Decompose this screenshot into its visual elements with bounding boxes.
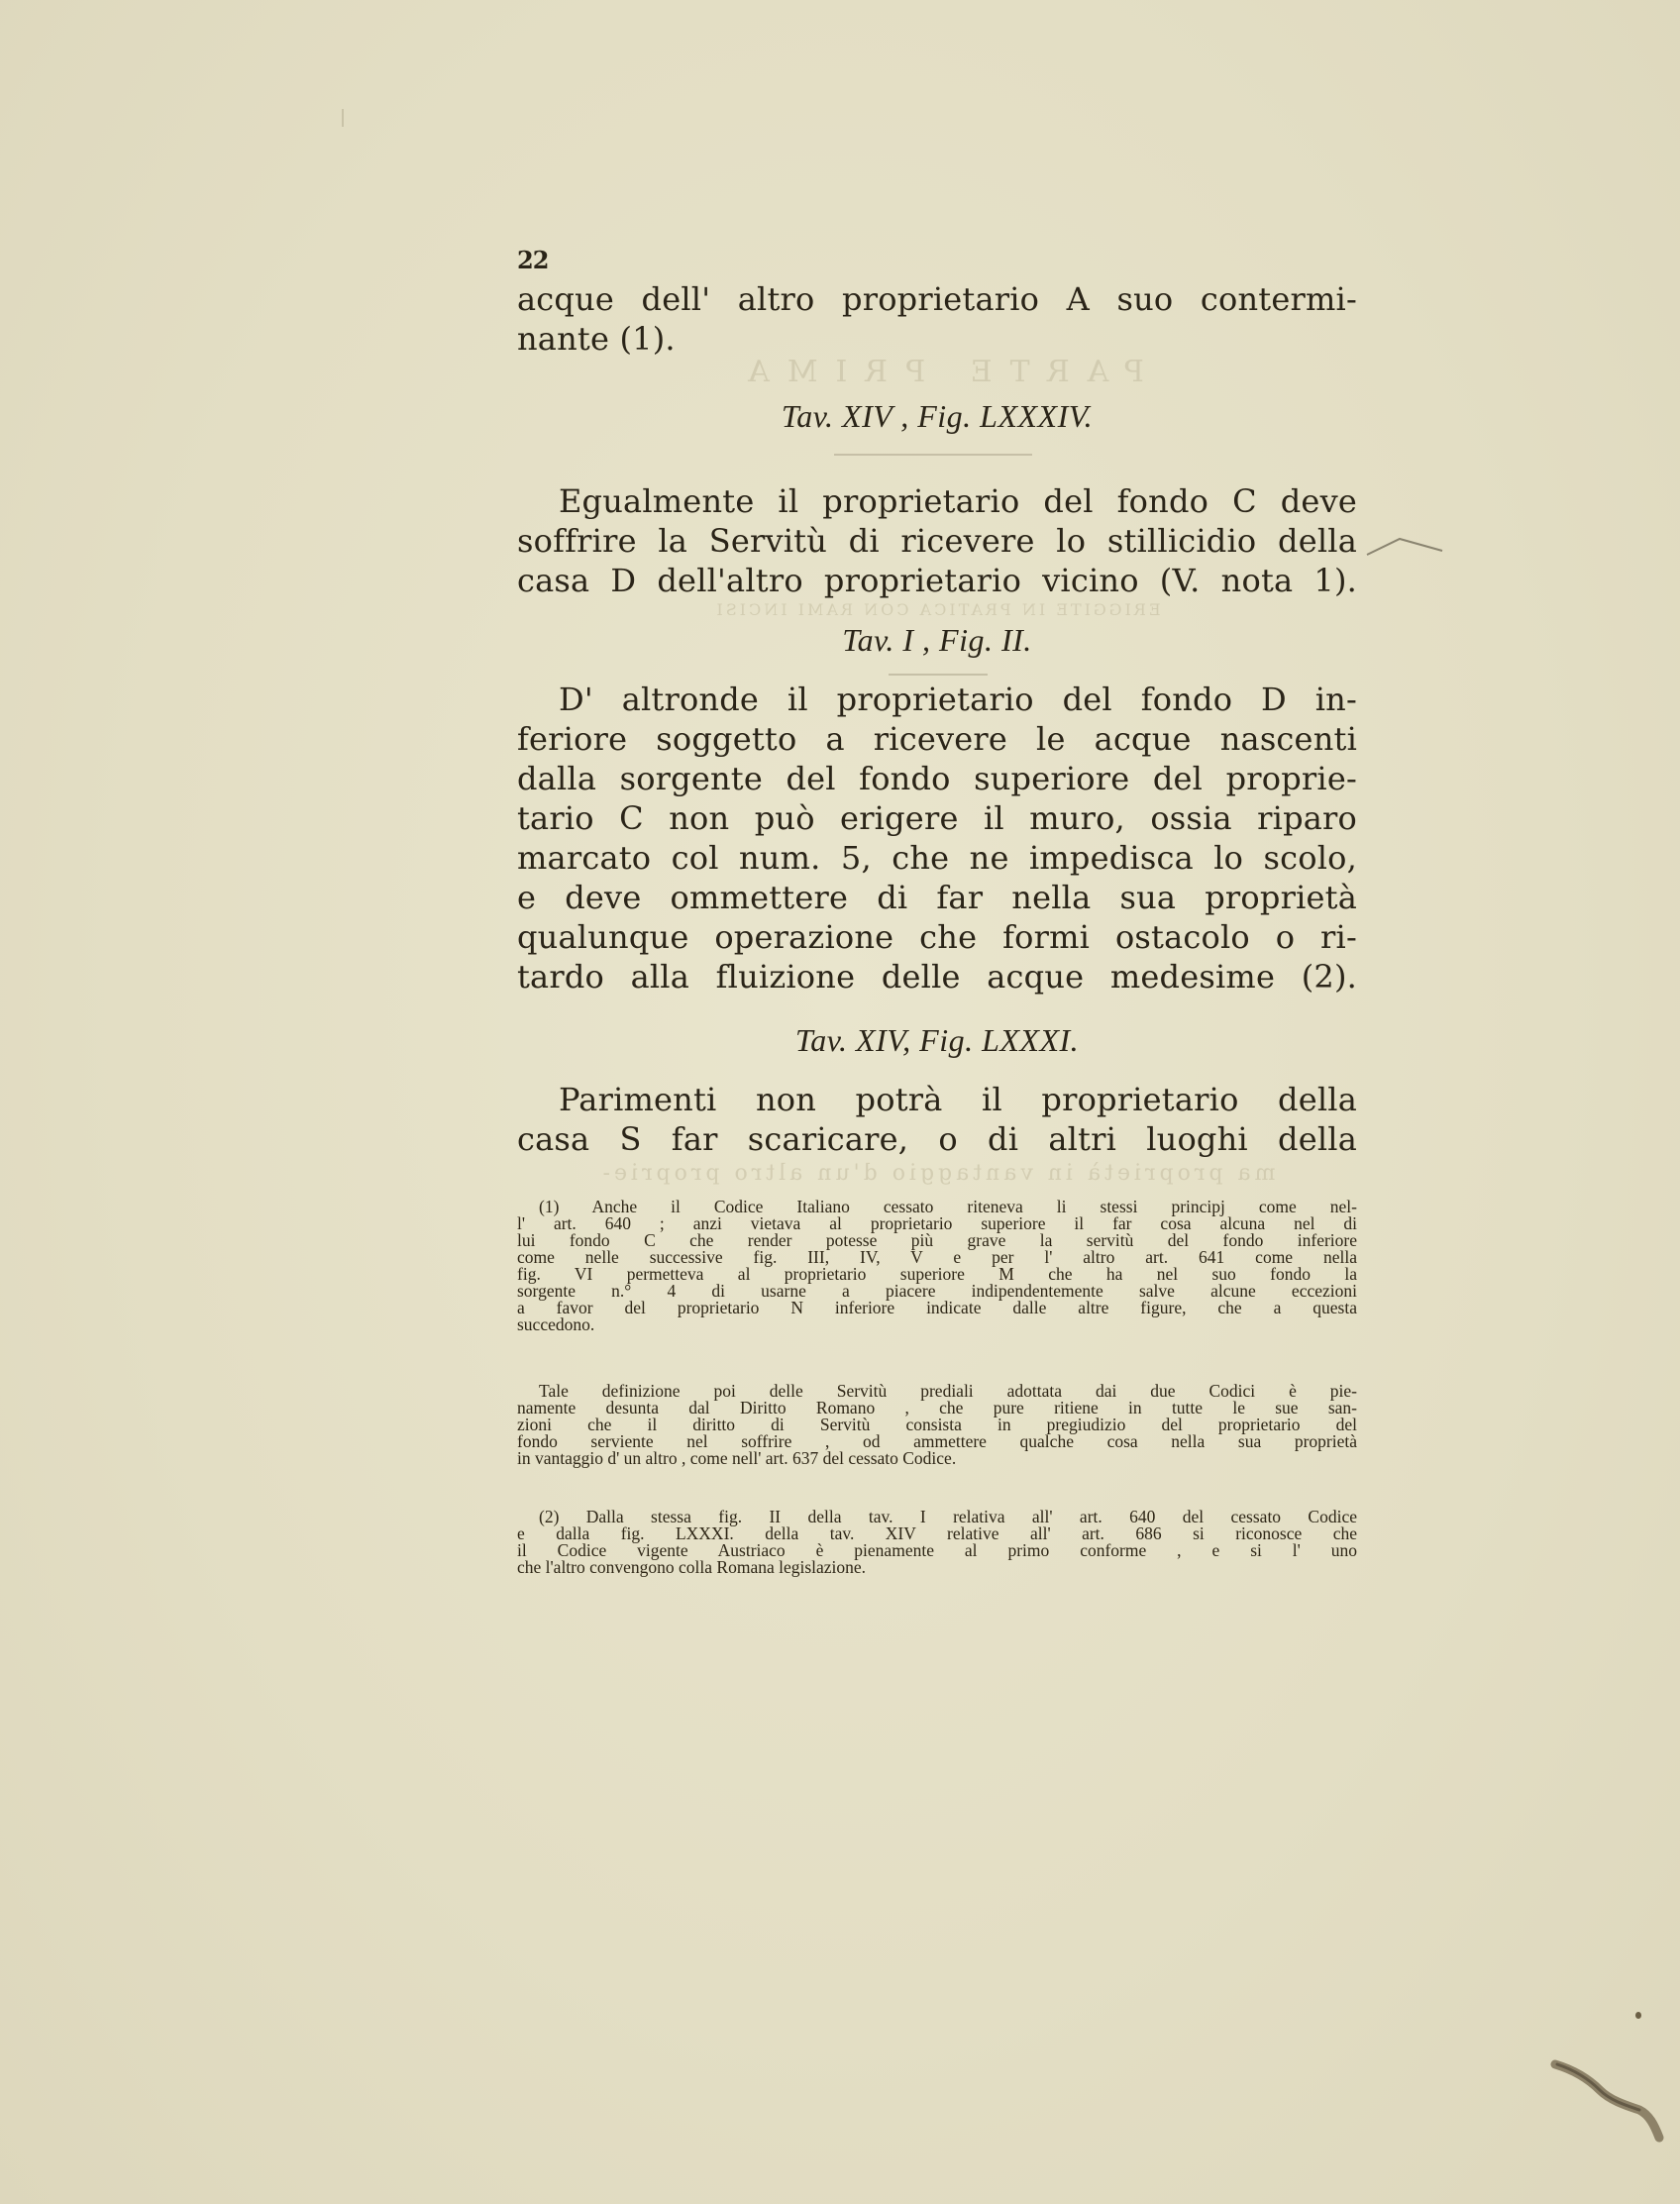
page-number: 22: [517, 246, 548, 274]
divider-rule: [889, 674, 988, 676]
page-edge-mark: [342, 109, 344, 127]
body-line: dalla sorgente del fondo superiore del p…: [517, 759, 1357, 798]
footnote-line: che l'altro convengono colla Romana legi…: [517, 1559, 1357, 1576]
body-line: feriore soggetto a ricevere le acque nas…: [517, 719, 1357, 759]
body-line: soffrire la Servitù di ricevere lo still…: [517, 521, 1357, 561]
body-line: casa D dell'altro proprietario vicino (V…: [517, 561, 1357, 600]
paper-stain-icon: [1545, 2050, 1674, 2163]
show-through-text: PARTE PRIMA: [517, 355, 1357, 389]
footnote-line: a favor del proprietario N inferiore ind…: [517, 1300, 1357, 1316]
body-line: Egualmente il proprietario del fondo C d…: [517, 481, 1357, 521]
body-line: D' altronde il proprietario del fondo D …: [517, 680, 1357, 719]
body-line: marcato col num. 5, che ne impedisca lo …: [517, 838, 1357, 878]
ink-speck-icon: [1635, 2012, 1641, 2019]
show-through-text: ma proprietà in vantaggio d'un altro pro…: [517, 1161, 1357, 1186]
figure-caption: Tav. XIV , Fig. LXXXIV.: [517, 396, 1357, 436]
body-line: tario C non può erigere il muro, ossia r…: [517, 798, 1357, 838]
footnote-line: in vantaggio d' un altro , come nell' ar…: [517, 1450, 1357, 1467]
show-through-text: ERIGGITE IN PRATICA CON RAMI INCISI: [517, 600, 1357, 619]
body-line: qualunque operazione che formi ostacolo …: [517, 917, 1357, 957]
body-line: tardo alla fluizione delle acque medesim…: [517, 957, 1357, 997]
pencil-stroke-icon: [1365, 535, 1444, 569]
body-line: Parimenti non potrà il proprietario dell…: [517, 1080, 1357, 1119]
body-line: nante (1).: [517, 319, 1357, 359]
body-line: e deve ommettere di far nella sua propri…: [517, 878, 1357, 917]
figure-caption: Tav. XIV, Fig. LXXXI.: [517, 1020, 1357, 1060]
divider-rule: [834, 454, 1032, 456]
figure-caption: Tav. I , Fig. II.: [517, 620, 1357, 660]
body-line: acque dell' altro proprietario A suo con…: [517, 279, 1357, 319]
footnote-line: succedono.: [517, 1316, 1357, 1333]
body-line: casa S far scaricare, o di altri luoghi …: [517, 1119, 1357, 1159]
